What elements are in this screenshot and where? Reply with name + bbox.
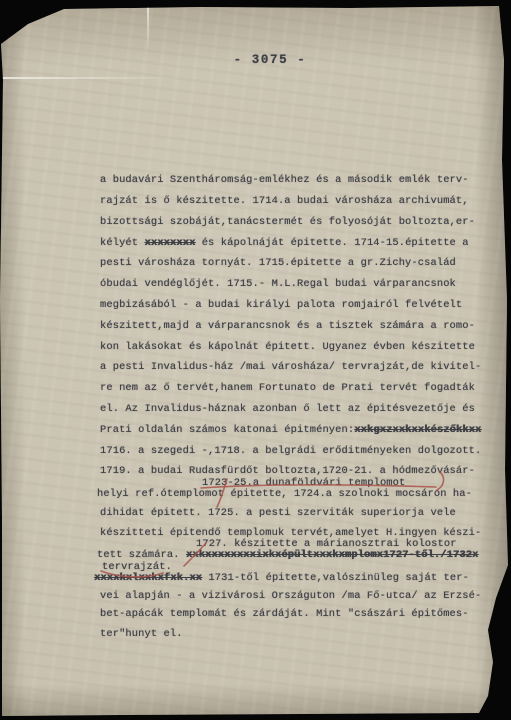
scanned-page-background: - 3075 - a budavári Szentháromság-emlékh… [0,0,511,720]
typescript-text: megbizásából - a budai királyi palota ro… [100,299,462,311]
typescript-line: 1723-25.a dunaföldvári templomot [202,478,405,488]
typescript-line: el. Az Invalidus-háznak azonban ő lett a… [100,404,475,414]
typescript-line: ter"hunyt el. [100,629,183,639]
typescript-line: kélyét xxxxxxxx és kápolnáját épitette. … [100,238,469,248]
typescript-text: vei alapján - a vizivárosi Országuton /m… [100,590,481,602]
typescript-line: megbizásából - a budai királyi palota ro… [100,300,462,310]
typescript-line: xxxxkxlxxkxfxk.xx 1731-től épitette,való… [94,573,469,583]
typescript-text: ter"hunyt el. [100,628,183,640]
typescript-text: Prati oldalán számos katonai épitményen: [100,424,354,436]
typescript-text: kon lakásokat és kápolnát épitett. Ugyan… [100,341,475,353]
typescript-text: a budavári Szentháromság-emlékhez és a m… [100,174,469,186]
typescript-line: Prati oldalán számos katonai épitményen:… [100,425,481,435]
typescript-text: rajzát is ő készitette. 1714.a budai vár… [100,195,469,207]
typescript-line: 1727. készitette a márianosztrai kolosto… [196,539,457,549]
struck-out-text: xxkxxxxxxxxixkxépültxxxkxmplomx1727-től.… [186,549,478,561]
typescript-line: rajzát is ő készitette. 1714.a budai vár… [100,196,469,206]
typescript-line: kon lakásokat és kápolnát épitett. Ugyan… [100,342,475,352]
typescript-line: készitteti épitendő templomuk tervét,ame… [100,528,481,538]
typescript-text: helyi ref.ótemplomot épitette, 1724.a sz… [97,488,472,500]
typescript-text: és kápolnáját épitette. 1714-15.épitette… [195,237,468,249]
typescript-line: pesti városháza tornyát. 1715.épitette a… [100,258,456,268]
typescript-text: 1719. a budai Rudasfürdőt boltozta,1720-… [100,465,475,477]
typescript-line: dihidat épitett. 1725. a pesti szerviták… [100,508,456,518]
struck-out-text: xxkgxzxxkxxkészőkkxx [354,424,481,436]
typescript-line: 1719. a budai Rudasfürdőt boltozta,1720-… [100,466,475,476]
typescript-line: bet-apácák templomát és zárdáját. Mint "… [100,609,469,619]
typescript-text: készitett,majd a várparancsnok és a tisz… [100,320,475,332]
page-number: - 3075 - [120,53,420,67]
typescript-line: bizottsági szobáját,tanácstermét és foly… [100,217,475,227]
typescript-line: óbudai vendéglőjét. 1715.- M.L.Regal bud… [100,279,456,289]
typescript-text: 1716. a szegedi -,1718. a belgrádi erődi… [100,445,481,457]
typescript-line: készitett,majd a várparancsnok és a tisz… [100,321,475,331]
typescript-text: re nem az ő tervét,hanem Fortunato de Pr… [100,382,475,394]
typescript-line: 1716. a szegedi -,1718. a belgrádi erődi… [100,446,481,456]
paper-crease-horizontal [0,77,178,79]
paper-crease-vertical [147,6,149,50]
typescript-text: óbudai vendéglőjét. 1715.- M.L.Regal bud… [100,278,456,290]
typescript-line: a pesti Invalidus-ház /mai városháza/ te… [100,362,481,372]
typescript-text: el. Az Invalidus-háznak azonban ő lett a… [100,403,475,415]
typescript-text: tett számára. [97,549,186,561]
typescript-text: 1731-től épitette,valószinüleg saját ter… [202,572,469,584]
typescript-line: re nem az ő tervét,hanem Fortunato de Pr… [100,383,475,393]
typescript-line: a budavári Szentháromság-emlékhez és a m… [100,175,469,185]
paper: - 3075 - a budavári Szentháromság-emlékh… [0,0,511,720]
typescript-text: dihidat épitett. 1725. a pesti szerviták… [100,507,456,519]
typescript-text: pesti városháza tornyát. 1715.épitette a… [100,257,456,269]
struck-out-text: xxxxkxlxxkxfxk.xx [94,572,202,584]
typescript-line: tett számára. xxkxxxxxxxxixkxépültxxxkxm… [97,550,478,560]
struck-out-text: xxxxxxxx [145,237,196,249]
typescript-text: a pesti Invalidus-ház /mai városháza/ te… [100,361,481,373]
typescript-text: bizottsági szobáját,tanácstermét és foly… [100,216,475,228]
typescript-text: bet-apácák templomát és zárdáját. Mint "… [100,608,469,620]
typescript-text: kélyét [100,237,145,249]
typescript-line: helyi ref.ótemplomot épitette, 1724.a sz… [97,489,472,499]
typescript-line: tervrajzát. [102,562,172,572]
typescript-line: vei alapján - a vizivárosi Országuton /m… [100,591,481,601]
